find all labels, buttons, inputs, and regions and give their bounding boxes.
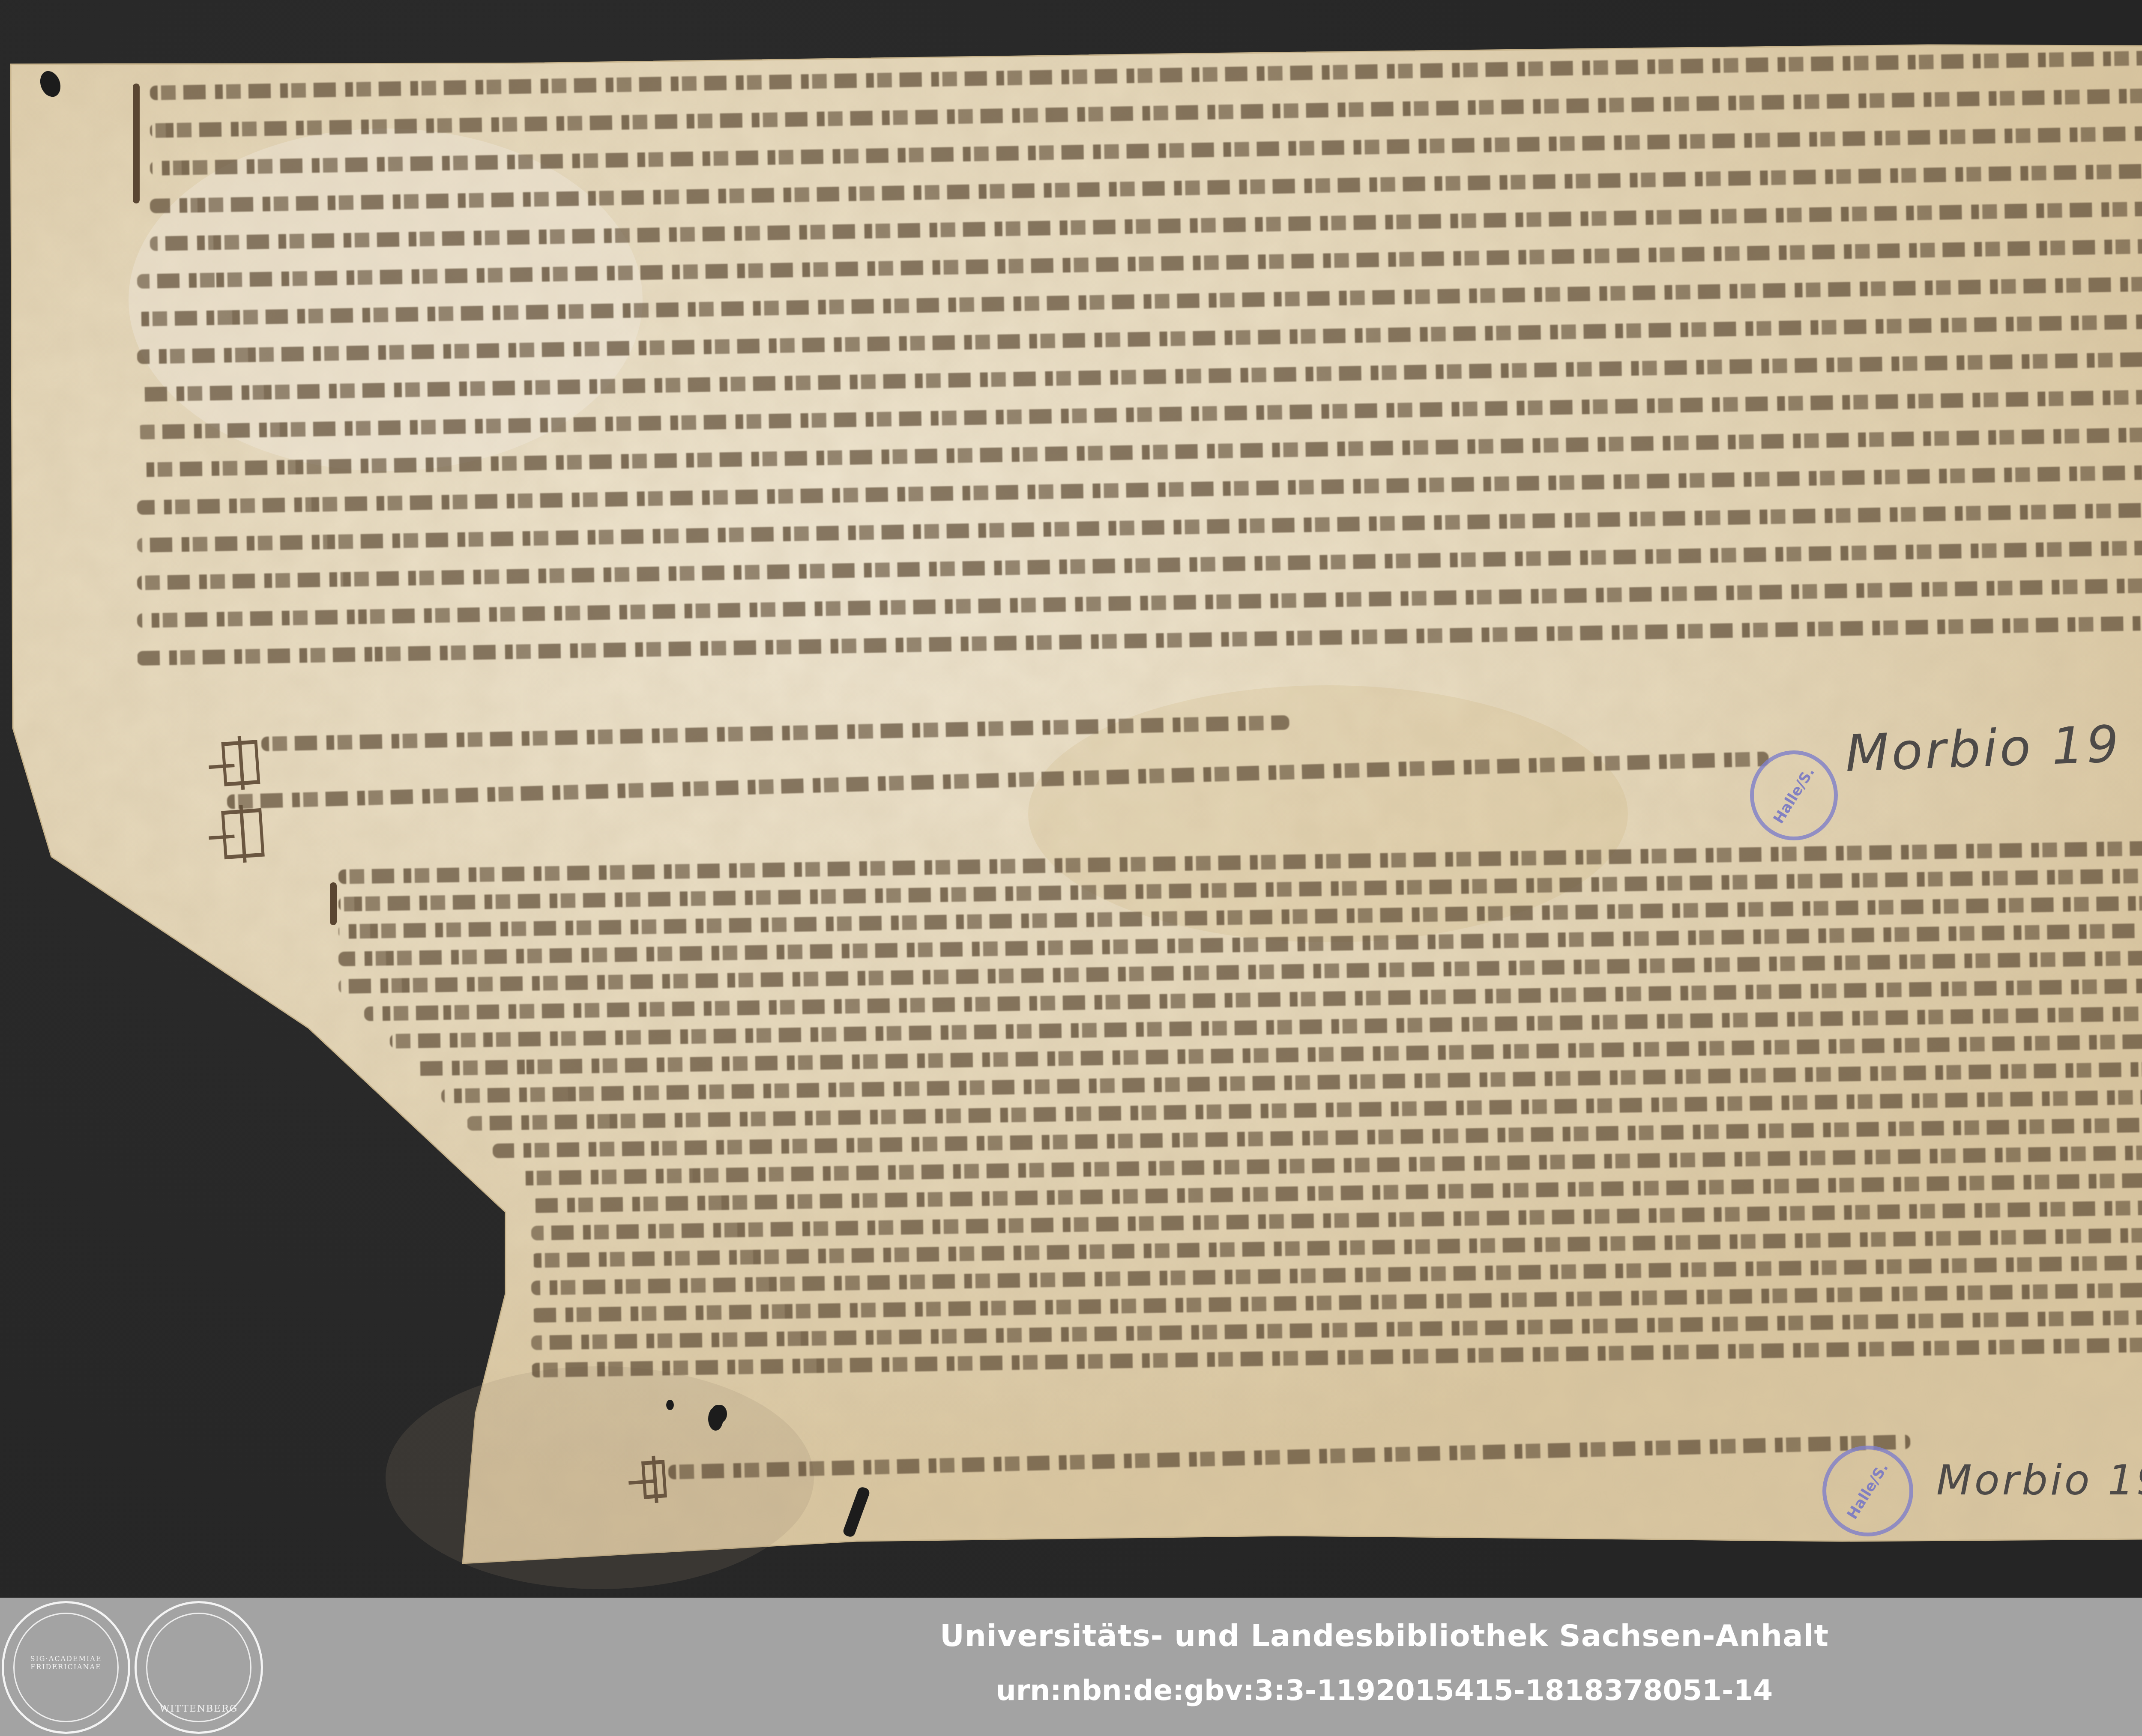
institution-name: Universitäts- und Landesbibliothek Sachs… xyxy=(0,1618,2142,1653)
notarial-sign-beltramus xyxy=(221,740,260,786)
library-footer-band: SIG·ACADEMIAE FRIDERICIANAE WITTENBERG U… xyxy=(0,1598,2142,1736)
parchment-hole xyxy=(666,1400,674,1410)
parchment-hole xyxy=(708,1407,723,1431)
library-stamp-lower: Halle/S. xyxy=(1822,1446,1913,1536)
notarial-sign-grassinolus xyxy=(221,808,265,859)
notarial-sign-guassinus xyxy=(641,1460,667,1499)
decorated-initial-upper xyxy=(133,84,140,203)
scan-viewer-background: Morbio 19 (101a) Morbio 19 (101b) Halle/… xyxy=(0,0,2142,1598)
decorated-initial-lower xyxy=(330,882,337,925)
pencil-shelfmark-lower: Morbio 19 (101b) xyxy=(1936,1456,2142,1504)
persistent-identifier-urn[interactable]: urn:nbn:de:gbv:3:3-1192015415-1818378051… xyxy=(0,1674,2142,1707)
library-stamp-upper: Halle/S. xyxy=(1750,750,1838,840)
parchment-charter: Morbio 19 (101a) Morbio 19 (101b) Halle/… xyxy=(0,0,2142,1598)
